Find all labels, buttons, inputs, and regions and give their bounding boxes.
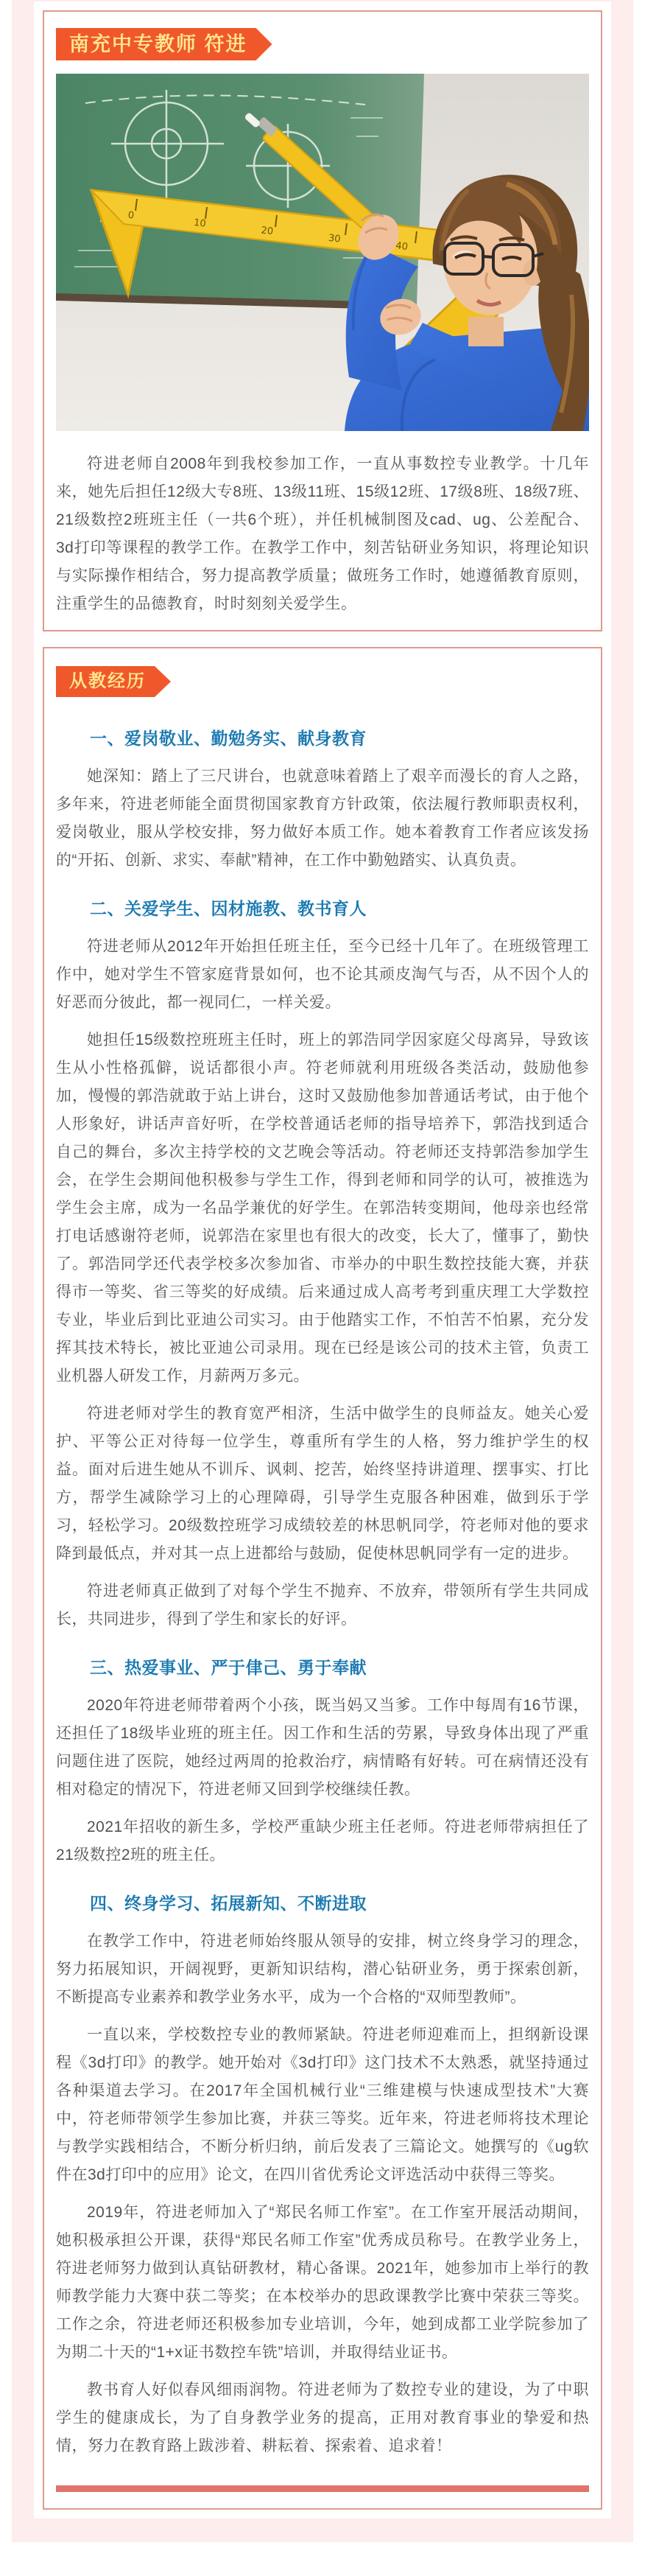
svg-text:0: 0 bbox=[127, 210, 135, 222]
section-2-paragraph-1: 符进老师从2012年开始担任班主任，至今已经十几年了。在班级管理工作中，她对学生… bbox=[56, 933, 589, 1017]
section-2-paragraph-4: 符进老师真正做到了对每个学生不抛弃、不放弃，带领所有学生共同成长，共同进步，得到… bbox=[56, 1578, 589, 1634]
section-4-title: 四、终身学习、拓展新知、不断进取 bbox=[56, 1889, 589, 1918]
section-2-paragraph-2: 她担任15级数控班班主任时，班上的郭浩同学因家庭父母离异，导致该生从小性格孤僻，… bbox=[56, 1026, 589, 1390]
experience-badge-label: 从教经历 bbox=[69, 671, 146, 691]
section-3-paragraph-2: 2021年招收的新生多，学校严重缺少班主任老师。符进老师带病担任了21级数控2班… bbox=[56, 1813, 589, 1869]
section-2-title: 二、关爱学生、因材施教、教书育人 bbox=[56, 894, 589, 923]
section-2-paragraph-3: 符进老师对学生的教育宽严相济，生活中做学生的良师益友。她关心爱护、平等公正对待每… bbox=[56, 1400, 589, 1568]
section-4-paragraph-3: 2019年，符进老师加入了“郑民名师工作室”。在工作室开展活动期间，她积极承担公… bbox=[56, 2199, 589, 2367]
section-3-title: 三、热爱事业、严于侓己、勇于奉献 bbox=[56, 1653, 589, 1682]
article-page: 南充中专教师 符进 bbox=[0, 0, 645, 2576]
intro-paragraph: 符进老师自2008年到我校参加工作，一直从事数控专业教学。十几年来，她先后担任1… bbox=[56, 450, 589, 618]
experience-card: 从教经历 一、爱岗敬业、勤勉务实、献身教育 她深知：踏上了三尺讲台，也就意味着踏… bbox=[43, 647, 602, 2510]
teacher-photo[interactable]: 0 10 20 30 40 50 bbox=[56, 74, 589, 431]
section-4-paragraph-4: 教书育人好似春风细雨润物。符进老师为了数控专业的建设，为了中职学生的健康成长，为… bbox=[56, 2376, 589, 2460]
teacher-name-badge: 南充中专教师 符进 bbox=[56, 28, 272, 60]
pink-background: 南充中专教师 符进 bbox=[12, 0, 633, 2542]
svg-text:10: 10 bbox=[193, 217, 206, 230]
bottom-divider bbox=[56, 2485, 589, 2492]
intro-card: 南充中专教师 符进 bbox=[43, 10, 602, 631]
experience-badge: 从教经历 bbox=[56, 666, 171, 697]
section-1-paragraph-1: 她深知：踏上了三尺讲台，也就意味着踏上了艰辛而漫长的育人之路，多年来，符进老师能… bbox=[56, 763, 589, 875]
page-bottom-whitespace bbox=[0, 2542, 645, 2576]
section-4-paragraph-1: 在教学工作中，符进老师始终服从领导的安排，树立终身学习的理念，努力拓展知识，开阔… bbox=[56, 1928, 589, 2012]
svg-text:20: 20 bbox=[261, 225, 274, 237]
section-1-title: 一、爱岗敬业、勤勉务实、献身教育 bbox=[56, 724, 589, 753]
section-3-paragraph-1: 2020年符进老师带着两个小孩，既当妈又当爹。工作中每周有16节课，还担任了18… bbox=[56, 1692, 589, 1804]
svg-text:30: 30 bbox=[328, 233, 341, 245]
teacher-name-badge-label: 南充中专教师 符进 bbox=[69, 33, 247, 55]
section-4-paragraph-2: 一直以来，学校数控专业的教师紧缺。符进老师迎难而上，担纲新设课程《3d打印》的教… bbox=[56, 2021, 589, 2189]
